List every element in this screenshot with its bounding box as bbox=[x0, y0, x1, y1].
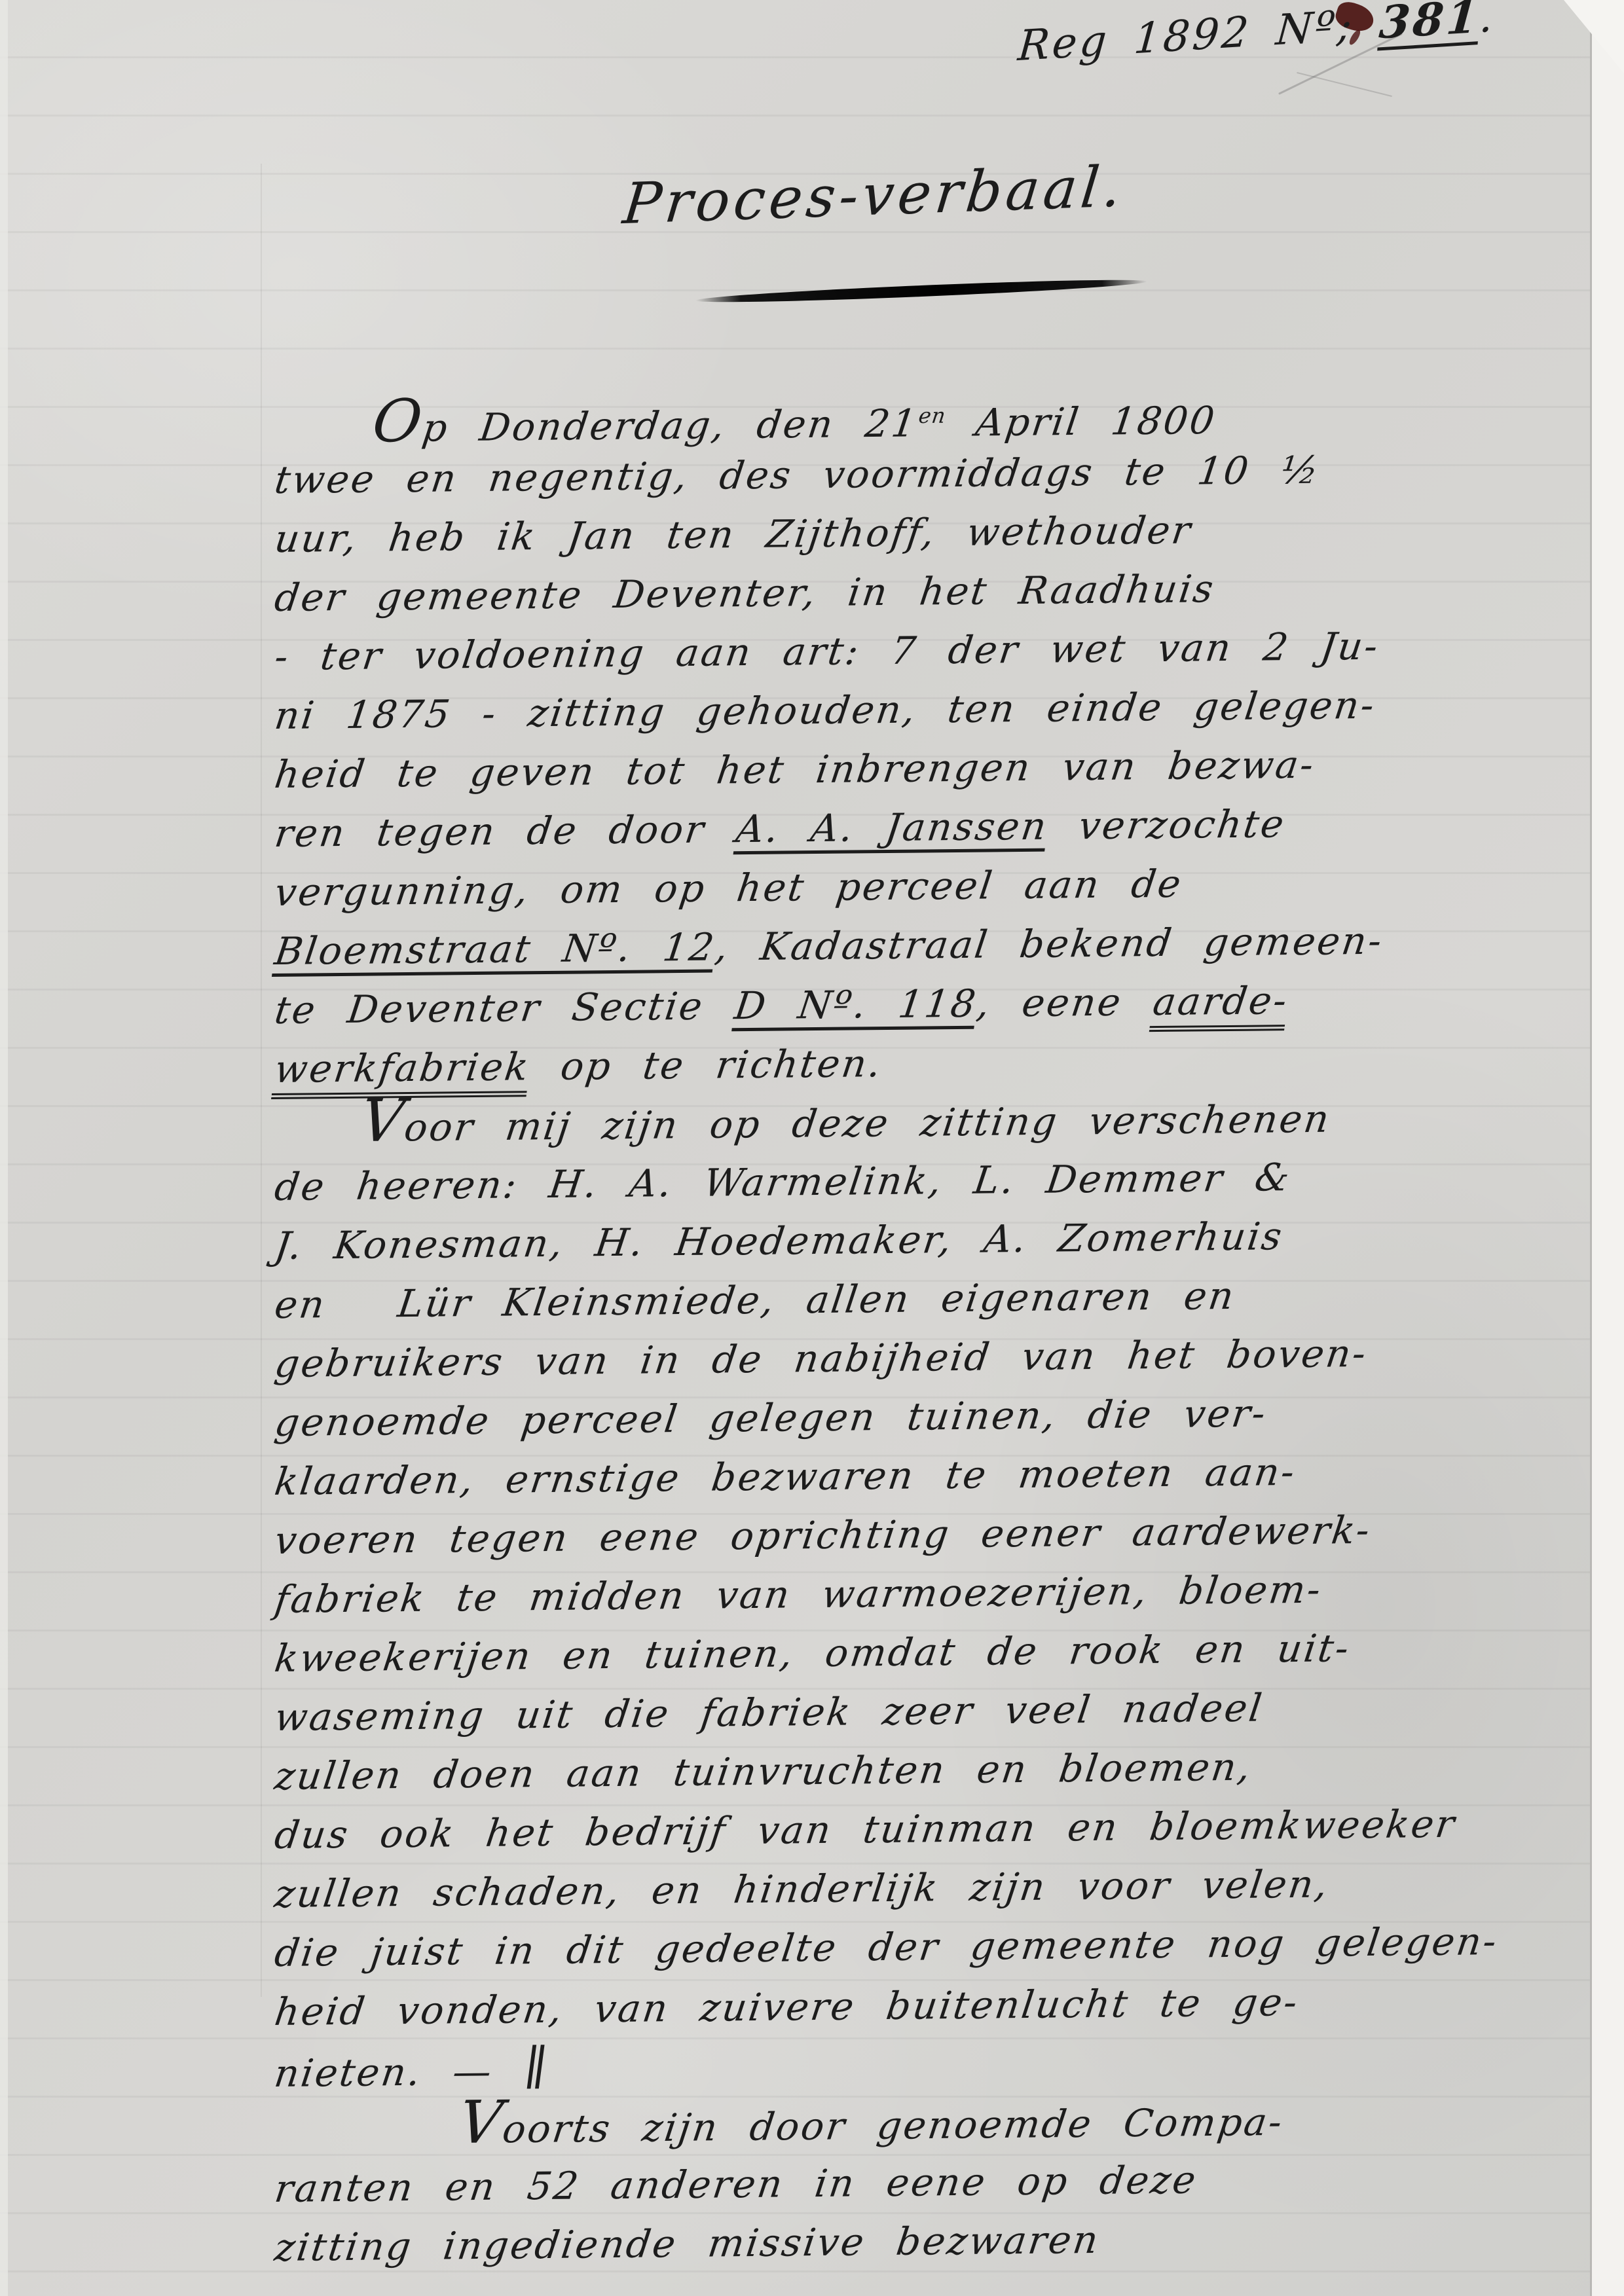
text-segment: Reg 1892 Nº; bbox=[1016, 0, 1381, 71]
pencil-mark bbox=[1297, 72, 1392, 97]
text-segment: klaarden, ernstige bezwaren te moeten aa… bbox=[272, 1449, 1299, 1504]
right-scan-edge bbox=[1590, 0, 1624, 2296]
text-segment: kweekerijen en tuinen, omdat de rook en … bbox=[272, 1626, 1354, 1681]
text-segment: te Deventer Sectie bbox=[272, 983, 738, 1032]
text-segment: J. Konesman, H. Hoedemaker, A. Zomerhuis bbox=[272, 1214, 1287, 1268]
underlined-text: D Nº. 118 bbox=[732, 981, 980, 1029]
text-segment: voeren tegen eene oprichting eener aarde… bbox=[272, 1508, 1375, 1563]
text-segment: en bbox=[917, 403, 948, 428]
text-segment: April 1800 bbox=[942, 398, 1219, 445]
text-segment: dus ook het bedrijf van tuinman en bloem… bbox=[272, 1802, 1459, 1857]
text-segment: uur, heb ik Jan ten Zijthoff, wethouder bbox=[272, 508, 1195, 561]
text-segment: zullen schaden, en hinderlijk zijn voor … bbox=[272, 1862, 1333, 1916]
text-segment: heid vonden, van zuivere buitenlucht te … bbox=[272, 1980, 1302, 2034]
handwriting-line: werkfabriek op te richten. bbox=[271, 1027, 1564, 1099]
text-segment: en bbox=[272, 1282, 329, 1327]
text-segment: O bbox=[369, 388, 428, 456]
text-segment: oor mij zijn op deze zitting verschenen bbox=[402, 1097, 1334, 1150]
text-segment: gebruikers van in de nabijheid van het b… bbox=[272, 1331, 1371, 1386]
text-segment: waseming uit die fabriek zeer veel nadee… bbox=[272, 1686, 1266, 1740]
text-segment: heid te geven tot het inbrengen van bezw… bbox=[272, 742, 1318, 797]
document-body: Op Donderdag, den 21en April 1800twee en… bbox=[275, 392, 1559, 2277]
handwriting-line: zitting ingediende missive bezwaren bbox=[271, 2206, 1564, 2277]
text-segment: ranten en 52 anderen in eene op deze bbox=[272, 2157, 1200, 2210]
text-segment: genoemde perceel gelegen tuinen, die ver… bbox=[272, 1391, 1270, 1445]
text-segment: zitting ingediende missive bezwaren bbox=[272, 2217, 1103, 2270]
paper-crease bbox=[261, 164, 262, 1997]
text-segment: verzochte bbox=[1045, 801, 1289, 848]
text-segment: ni 1875 - zitting gehouden, ten einde ge… bbox=[272, 683, 1379, 738]
text-segment: twee en negentig, des voormiddags te 10 … bbox=[272, 448, 1323, 502]
underlined-text: aarde- bbox=[1149, 978, 1291, 1032]
underlined-text: A. A. Janssen bbox=[733, 804, 1050, 852]
text-segment: Lür Kleinsmiede, allen eigenaren en bbox=[395, 1273, 1238, 1326]
text-segment: . bbox=[1478, 0, 1498, 43]
text-segment: ʼ bbox=[1492, 0, 1506, 5]
text-segment: , eene bbox=[974, 979, 1156, 1026]
text-segment: op te richten. bbox=[527, 1041, 885, 1089]
text-segment: die juist in dit gedeelte der gemeente n… bbox=[272, 1919, 1501, 1975]
title-underline-flourish bbox=[695, 276, 1147, 306]
text-segment: ren tegen de door bbox=[272, 807, 740, 856]
text-segment: - ter voldoening aan art: 7 der wet van … bbox=[272, 624, 1382, 679]
text-segment: p Donderdag, den 21 bbox=[420, 401, 921, 450]
document-title: Proces-verbaal. bbox=[620, 154, 1128, 237]
text-segment: vergunning, om op het perceel aan de bbox=[272, 862, 1186, 915]
left-scan-edge bbox=[0, 0, 8, 2296]
text-segment: oorts zijn door genoemde Compa- bbox=[500, 2100, 1287, 2151]
text-segment: der gemeente Deventer, in het Raadhuis bbox=[272, 566, 1218, 620]
text-segment: zullen doen aan tuinvruchten en bloemen, bbox=[272, 1745, 1255, 1798]
underlined-text: Bloemstraat Nº. 12 bbox=[272, 925, 719, 974]
text-segment: , Kadastraal bekend gemeen- bbox=[712, 919, 1386, 970]
text-segment: de heeren: H. A. Warmelink, L. Demmer & bbox=[272, 1155, 1294, 1209]
text-segment: fabriek te midden van warmoezerijen, blo… bbox=[272, 1567, 1325, 1622]
scanned-document-page: Reg 1892 Nº; 381.ʼ Proces-verbaal. Op Do… bbox=[0, 0, 1624, 2296]
underlined-text: 381 bbox=[1377, 0, 1482, 49]
registration-number-line: Reg 1892 Nº; 381.ʼ bbox=[1016, 0, 1510, 71]
